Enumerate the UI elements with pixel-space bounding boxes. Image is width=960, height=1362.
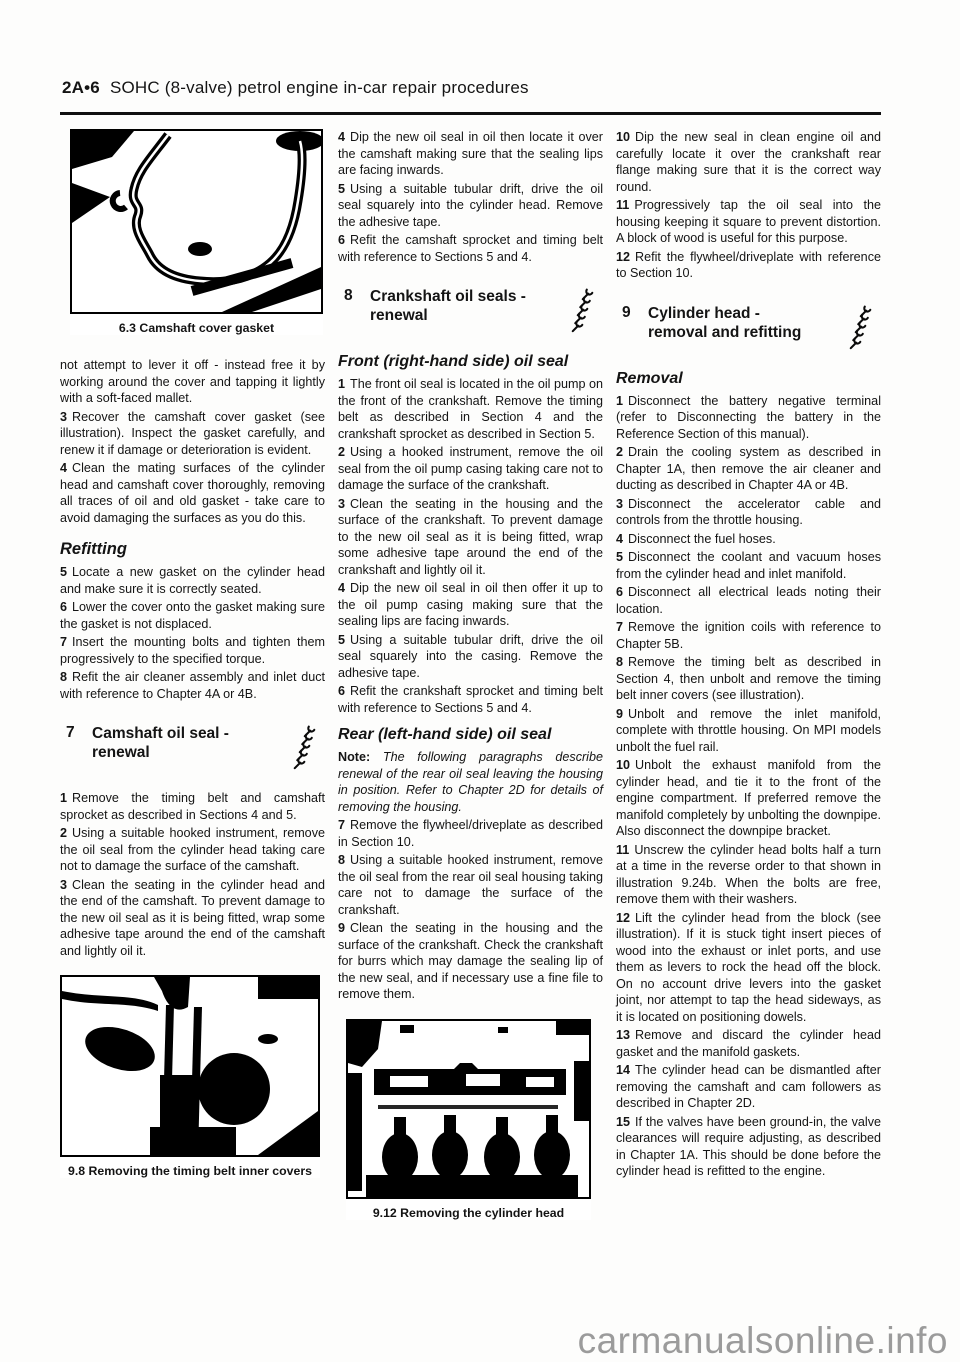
figure-9-12: 9.12 Removing the cylinder head bbox=[346, 1019, 591, 1220]
paragraph: not attempt to lever it off - instead fr… bbox=[60, 357, 325, 407]
section-number: 9 bbox=[616, 304, 648, 322]
section-title: Cylinder head - removal and refitting bbox=[648, 304, 816, 342]
subheading-rear-oil-seal: Rear (left-hand side) oil seal bbox=[338, 726, 603, 744]
paragraph: 4Dip the new oil seal in oil then offer … bbox=[338, 580, 603, 630]
timing-belt-inner-covers-photo bbox=[60, 975, 320, 1157]
paragraph: 1Disconnect the battery negative termina… bbox=[616, 393, 881, 443]
paragraph: 10Dip the new seal in clean engine oil a… bbox=[616, 129, 881, 195]
paragraph: 4Disconnect the fuel hoses. bbox=[616, 531, 881, 548]
paragraph: 5Locate a new gasket on the cylinder hea… bbox=[60, 564, 325, 597]
column-middle: 4Dip the new oil seal in oil then locate… bbox=[338, 129, 603, 1220]
paragraph: 6Lower the cover onto the gasket making … bbox=[60, 599, 325, 632]
paragraph: 7Insert the mounting bolts and tighten t… bbox=[60, 634, 325, 667]
paragraph: 5Disconnect the coolant and vacuum hoses… bbox=[616, 549, 881, 582]
section-number: 8 bbox=[338, 287, 370, 305]
section-9-heading: 9 Cylinder head - removal and refitting bbox=[616, 304, 881, 352]
paragraph: 9Unbolt and remove the inlet manifold, c… bbox=[616, 706, 881, 756]
paragraph: 5Using a suitable tubular drift, drive t… bbox=[338, 632, 603, 682]
column-left: 6.3 Camshaft cover gasket not attempt to… bbox=[60, 129, 325, 1178]
section-number: 7 bbox=[60, 724, 92, 742]
paragraph: 3Disconnect the accelerator cable and co… bbox=[616, 496, 881, 529]
subheading-front-oil-seal: Front (right-hand side) oil seal bbox=[338, 353, 603, 371]
paragraph: 2Drain the cooling system as described i… bbox=[616, 444, 881, 494]
paragraph: 8Using a suitable hooked instrument, rem… bbox=[338, 852, 603, 918]
page-title: SOHC (8-valve) petrol engine in-car repa… bbox=[110, 78, 529, 97]
paragraph: 6Refit the camshaft sprocket and timing … bbox=[338, 232, 603, 265]
manual-page: 2A•6SOHC (8-valve) petrol engine in-car … bbox=[60, 78, 881, 1220]
figure-caption: 9.12 Removing the cylinder head bbox=[346, 1206, 591, 1220]
cylinder-head-photo bbox=[346, 1019, 591, 1199]
section-title: Camshaft oil seal - renewal bbox=[92, 724, 260, 762]
section-7-heading: 7 Camshaft oil seal - renewal bbox=[60, 724, 325, 772]
paragraph: 6Disconnect all electrical leads noting … bbox=[616, 584, 881, 617]
paragraph: 11Progressively tap the oil seal into th… bbox=[616, 197, 881, 247]
paragraph: 2Using a hooked instrument, remove the o… bbox=[338, 444, 603, 494]
paragraph: 8Refit the air cleaner assembly and inle… bbox=[60, 669, 325, 702]
paragraph: 2Using a suitable hooked instrument, rem… bbox=[60, 825, 325, 875]
paragraph: 7Remove the flywheel/driveplate as descr… bbox=[338, 817, 603, 850]
figure-caption: 9.8 Removing the timing belt inner cover… bbox=[60, 1164, 320, 1178]
paragraph: 1The front oil seal is located in the oi… bbox=[338, 376, 603, 442]
paragraph: 10Unbolt the exhaust manifold from the c… bbox=[616, 757, 881, 840]
paragraph: 3Clean the seating in the housing and th… bbox=[338, 496, 603, 579]
paragraph: 12Refit the flywheel/driveplate with ref… bbox=[616, 249, 881, 282]
header-rule bbox=[60, 112, 881, 115]
spanner-difficulty-icon bbox=[293, 724, 319, 772]
figure-caption: 6.3 Camshaft cover gasket bbox=[70, 321, 323, 335]
paragraph: 5Using a suitable tubular drift, drive t… bbox=[338, 181, 603, 231]
paragraph: 4Dip the new oil seal in oil then locate… bbox=[338, 129, 603, 179]
page-header: 2A•6SOHC (8-valve) petrol engine in-car … bbox=[62, 78, 881, 98]
paragraph: 12Lift the cylinder head from the block … bbox=[616, 910, 881, 1026]
figure-9-8: 9.8 Removing the timing belt inner cover… bbox=[60, 975, 320, 1178]
section-title: Crankshaft oil seals - renewal bbox=[370, 287, 538, 325]
subheading-refitting: Refitting bbox=[60, 540, 325, 559]
paragraph: 6Refit the crankshaft sprocket and timin… bbox=[338, 683, 603, 716]
subheading-removal: Removal bbox=[616, 370, 881, 388]
section-8-heading: 8 Crankshaft oil seals - renewal bbox=[338, 287, 603, 335]
page-number: 2A•6 bbox=[62, 78, 100, 97]
paragraph: 14The cylinder head can be dismantled af… bbox=[616, 1062, 881, 1112]
paragraph: 11Unscrew the cylinder head bolts half a… bbox=[616, 842, 881, 908]
paragraph: 15If the valves have been ground-in, the… bbox=[616, 1114, 881, 1180]
spanner-difficulty-icon bbox=[571, 287, 597, 335]
paragraph: 13Remove and discard the cylinder head g… bbox=[616, 1027, 881, 1060]
paragraph: 8Remove the timing belt as described in … bbox=[616, 654, 881, 704]
spanner-difficulty-icon bbox=[849, 304, 875, 352]
paragraph: 3Recover the camshaft cover gasket (see … bbox=[60, 409, 325, 459]
watermark: carmanualsonline.info bbox=[578, 1320, 948, 1362]
paragraph: 9Clean the seating in the housing and th… bbox=[338, 920, 603, 1003]
note: Note: The following paragraphs describe … bbox=[338, 749, 603, 815]
paragraph: 3Clean the seating in the cylinder head … bbox=[60, 877, 325, 960]
paragraph: 1Remove the timing belt and camshaft spr… bbox=[60, 790, 325, 823]
camshaft-cover-gasket-photo bbox=[70, 129, 323, 314]
paragraph: 4Clean the mating surfaces of the cylind… bbox=[60, 460, 325, 526]
column-right: 10Dip the new seal in clean engine oil a… bbox=[616, 129, 881, 1182]
figure-6-3: 6.3 Camshaft cover gasket bbox=[70, 129, 323, 335]
paragraph: 7Remove the ignition coils with referenc… bbox=[616, 619, 881, 652]
